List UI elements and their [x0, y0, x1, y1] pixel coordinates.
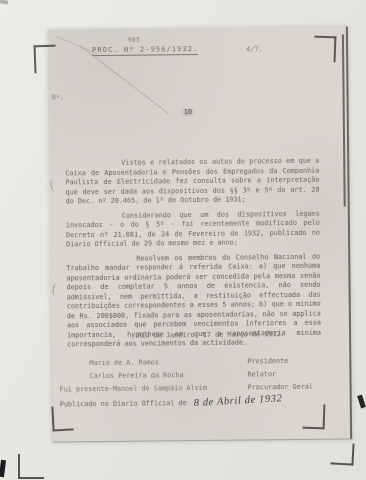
signature-name-procurador: Fui presente-Manoel de Sampaio Alvim: [60, 384, 207, 394]
outer-corner-mark-bottom-right: [330, 442, 354, 465]
scan-speck: [0, 0, 8, 5]
corner-mark-bottom-right: [303, 404, 326, 430]
photo-edge-shadow: [342, 34, 346, 206]
signature-role-president: Presidente: [247, 357, 288, 365]
signature-role-relator: Relator: [247, 370, 276, 378]
paragraph-considerando: Considerando que um dos dispositivos leg…: [66, 209, 320, 250]
signature-name-relator: Carlos Pereira da Rocha: [89, 371, 183, 380]
process-number-heading: PROC. Nº 2-956/1932.: [92, 45, 198, 56]
document-photo: PROC. Nº 2-956/1932. 985 4/7. Nº. 10 Vis…: [48, 26, 352, 442]
corner-mark-bottom-left: [51, 405, 73, 431]
scan-speck: [357, 395, 366, 409]
signature-name-president: Mario de A. Ramos: [89, 358, 159, 367]
corner-mark-top-right: [314, 36, 337, 63]
signature-role-procurador: Procurador Geral: [248, 383, 314, 392]
corner-mark-top-left: [34, 45, 57, 74]
page-number-stamp: 10: [180, 107, 197, 117]
outer-corner-mark-bottom-left: [18, 454, 44, 479]
scan-speck: [0, 460, 6, 477]
decision-text: Vistos e relatados os autos do processo …: [65, 157, 321, 355]
publication-line: Publicado no Diario Official de 8 de Abr…: [60, 396, 283, 409]
pencil-mark: [52, 283, 60, 296]
scanned-archive-page: { "colors": { "album_paper": "#e6e5e0", …: [0, 0, 366, 480]
paragraph-vistos: Vistos e relatados os autos do processo …: [65, 157, 319, 207]
publication-handwritten-date: 8 de Abril de 1932: [193, 393, 282, 409]
publication-typed-text: Publicado no Diario Official de: [60, 399, 187, 408]
typed-correction: 985: [128, 37, 140, 44]
margin-number-label: Nº.: [52, 93, 65, 101]
pencil-mark: [50, 179, 59, 192]
sheet-reference: 4/7.: [246, 45, 263, 53]
